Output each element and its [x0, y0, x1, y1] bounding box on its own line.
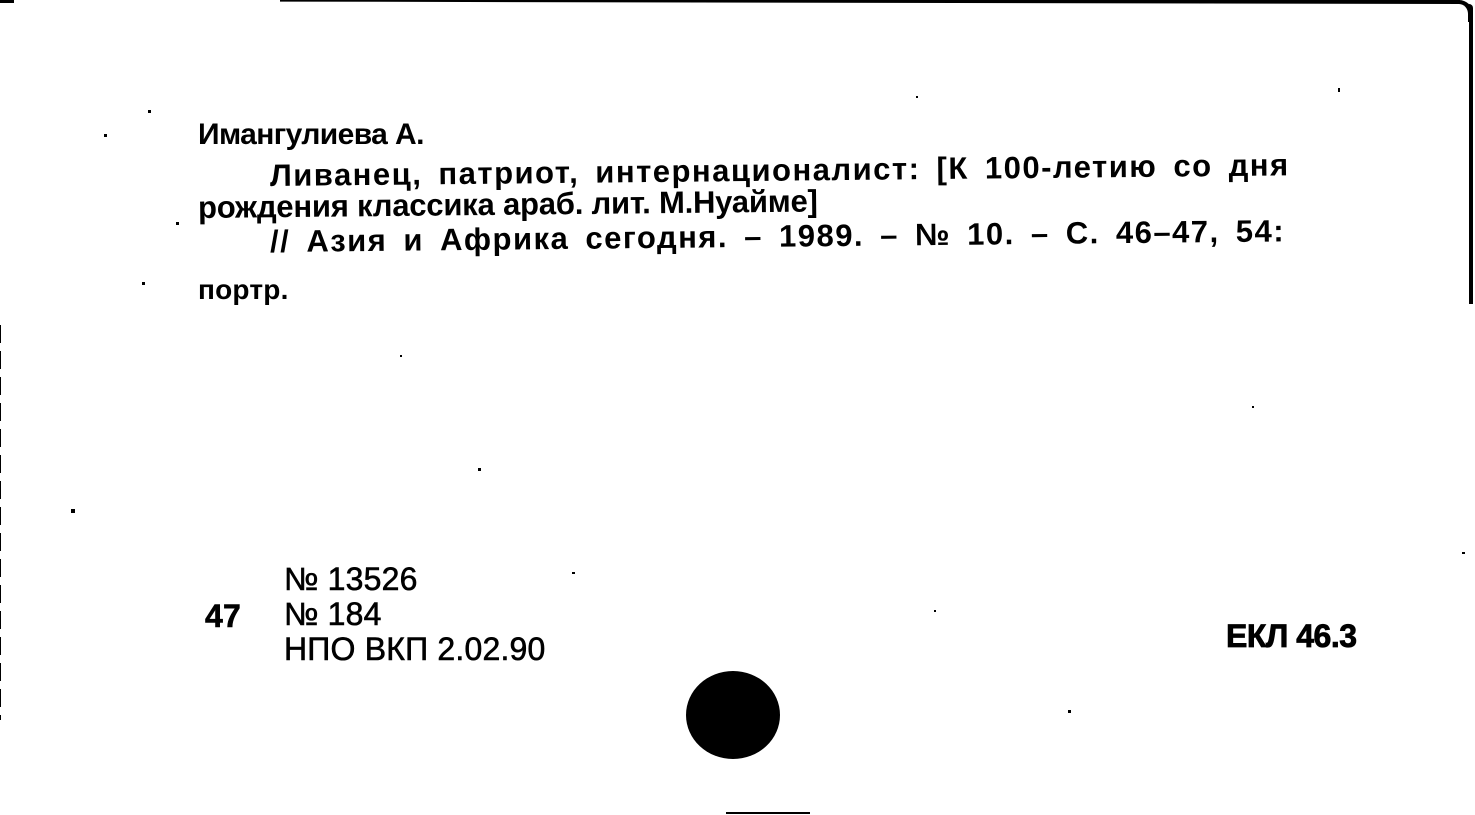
record-info-block: № 13526 № 184 НПО ВКП 2.02.90	[284, 562, 546, 667]
source-line-1: // Азия и Африка сегодня. – 1989. – № 10…	[270, 215, 1285, 257]
scan-speck	[148, 110, 151, 113]
scan-speck	[176, 222, 179, 225]
scan-speck	[142, 282, 145, 285]
scan-speck	[1462, 552, 1465, 554]
scan-speck	[1252, 406, 1254, 408]
publisher-date: НПО ВКП 2.02.90	[284, 632, 546, 667]
scan-speck	[104, 134, 107, 137]
scan-speck	[478, 468, 481, 471]
shelf-number: 47	[205, 600, 241, 632]
card-edge-top-left	[0, 0, 14, 3]
card-edge-right	[1469, 4, 1473, 304]
catalog-card: Имангулиева А. Ливанец, патриот, интерна…	[0, 0, 1475, 815]
bottom-edge-mark	[726, 812, 810, 814]
scan-speck	[934, 610, 936, 612]
record-number-2: № 184	[284, 597, 546, 632]
scan-speck	[916, 96, 918, 98]
source-line-2: портр.	[198, 276, 289, 304]
scan-speck	[400, 355, 402, 357]
card-edge-top	[280, 0, 1460, 4]
scan-speck	[71, 509, 75, 513]
classification-code: ЕКЛ 46.3	[1226, 620, 1357, 652]
card-edge-left	[0, 325, 1, 720]
title-line-2: рождения классика араб. лит. М.Нуайме]	[198, 186, 818, 223]
punch-hole-icon	[686, 671, 780, 759]
record-number-1: № 13526	[284, 562, 546, 597]
scan-speck	[1068, 710, 1071, 713]
scan-speck	[1338, 88, 1340, 92]
author-name: Имангулиева А.	[198, 120, 424, 150]
scan-speck	[572, 572, 575, 574]
